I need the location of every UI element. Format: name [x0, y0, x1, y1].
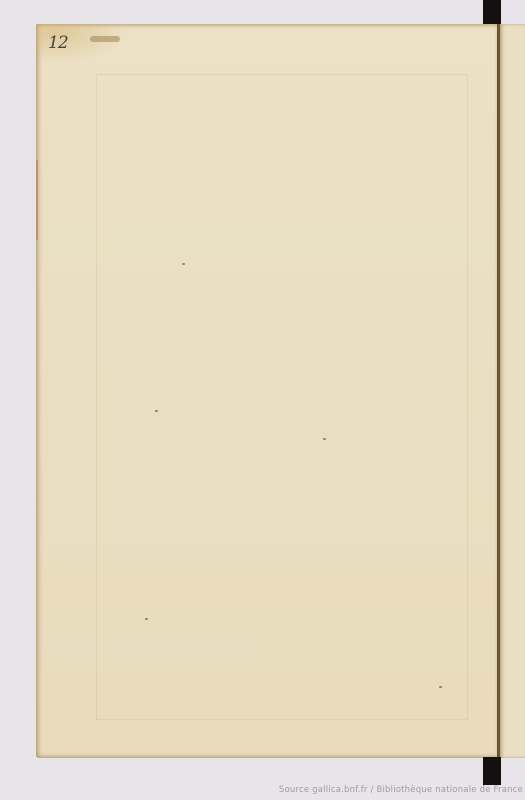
- stain-mark: [90, 36, 120, 42]
- speck: [155, 410, 158, 412]
- facing-page-edge: [500, 24, 525, 758]
- page-edge-mark: [36, 160, 38, 240]
- source-credit: Source gallica.bnf.fr / Bibliothèque nat…: [279, 785, 523, 795]
- speck: [182, 263, 185, 265]
- speck: [323, 438, 326, 440]
- binding-tab-top: [483, 0, 501, 26]
- speck: [145, 618, 148, 620]
- scanned-page: [36, 24, 498, 758]
- binding-tab-bottom: [483, 757, 501, 785]
- folio-number: 12: [48, 33, 68, 53]
- page-frame-border: [96, 74, 468, 720]
- speck: [439, 686, 442, 688]
